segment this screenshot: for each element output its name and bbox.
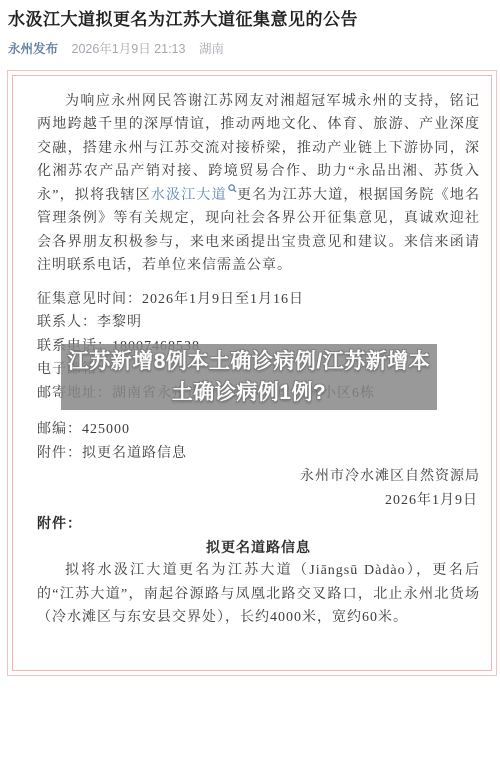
intro-text-before-link: 为响应永州网民答谢江苏网友对湘超冠军城永州的支持，铭记两地跨越千里的深厚情谊，推… [37, 94, 480, 203]
info-line-attachment: 附件：拟更名道路信息 [37, 442, 480, 466]
publish-date: 2026年1月9日 21:13 [72, 42, 186, 56]
info-line-deadline: 征集意见时间：2026年1月9日至1月16日 [37, 288, 480, 312]
region-label: 湖南 [199, 42, 224, 56]
signature-date: 2026年1月9日 [37, 489, 480, 513]
attachment-paragraph: 拟将水汲江大道更名为江苏大道（Jiāngsū Dàdào），更名后的“江苏大道”… [37, 559, 480, 630]
entity-link-shuijijiang-road[interactable]: 水汲江大道 [151, 188, 227, 203]
article-header: 水汲江大道拟更名为江苏大道征集意见的公告 永州发布 2026年1月9日 21:1… [0, 0, 500, 57]
article-page: 水汲江大道拟更名为江苏大道征集意见的公告 永州发布 2026年1月9日 21:1… [0, 0, 500, 759]
attachment-label: 附件： [37, 512, 480, 536]
attachment-title: 拟更名道路信息 [37, 536, 480, 560]
intro-paragraph: 为响应永州网民答谢江苏网友对湘超冠军城永州的支持，铭记两地跨越千里的深厚情谊，推… [37, 90, 480, 278]
signature-office: 永州市冷水滩区自然资源局 [37, 465, 480, 489]
byline: 永州发布 2026年1月9日 21:13 湖南 [8, 39, 492, 57]
search-icon[interactable] [228, 182, 237, 197]
watermark-overlay: 江苏新增8例本土确诊病例/江苏新增本土确诊病例1例? [61, 344, 437, 410]
source-link[interactable]: 永州发布 [8, 42, 58, 56]
info-line-contact-person: 联系人：李黎明 [37, 311, 480, 335]
info-line-postcode: 邮编：425000 [37, 418, 480, 442]
page-title: 水汲江大道拟更名为江苏大道征集意见的公告 [8, 9, 492, 32]
watermark-text: 江苏新增8例本土确诊病例/江苏新增本土确诊病例1例? [61, 346, 437, 408]
